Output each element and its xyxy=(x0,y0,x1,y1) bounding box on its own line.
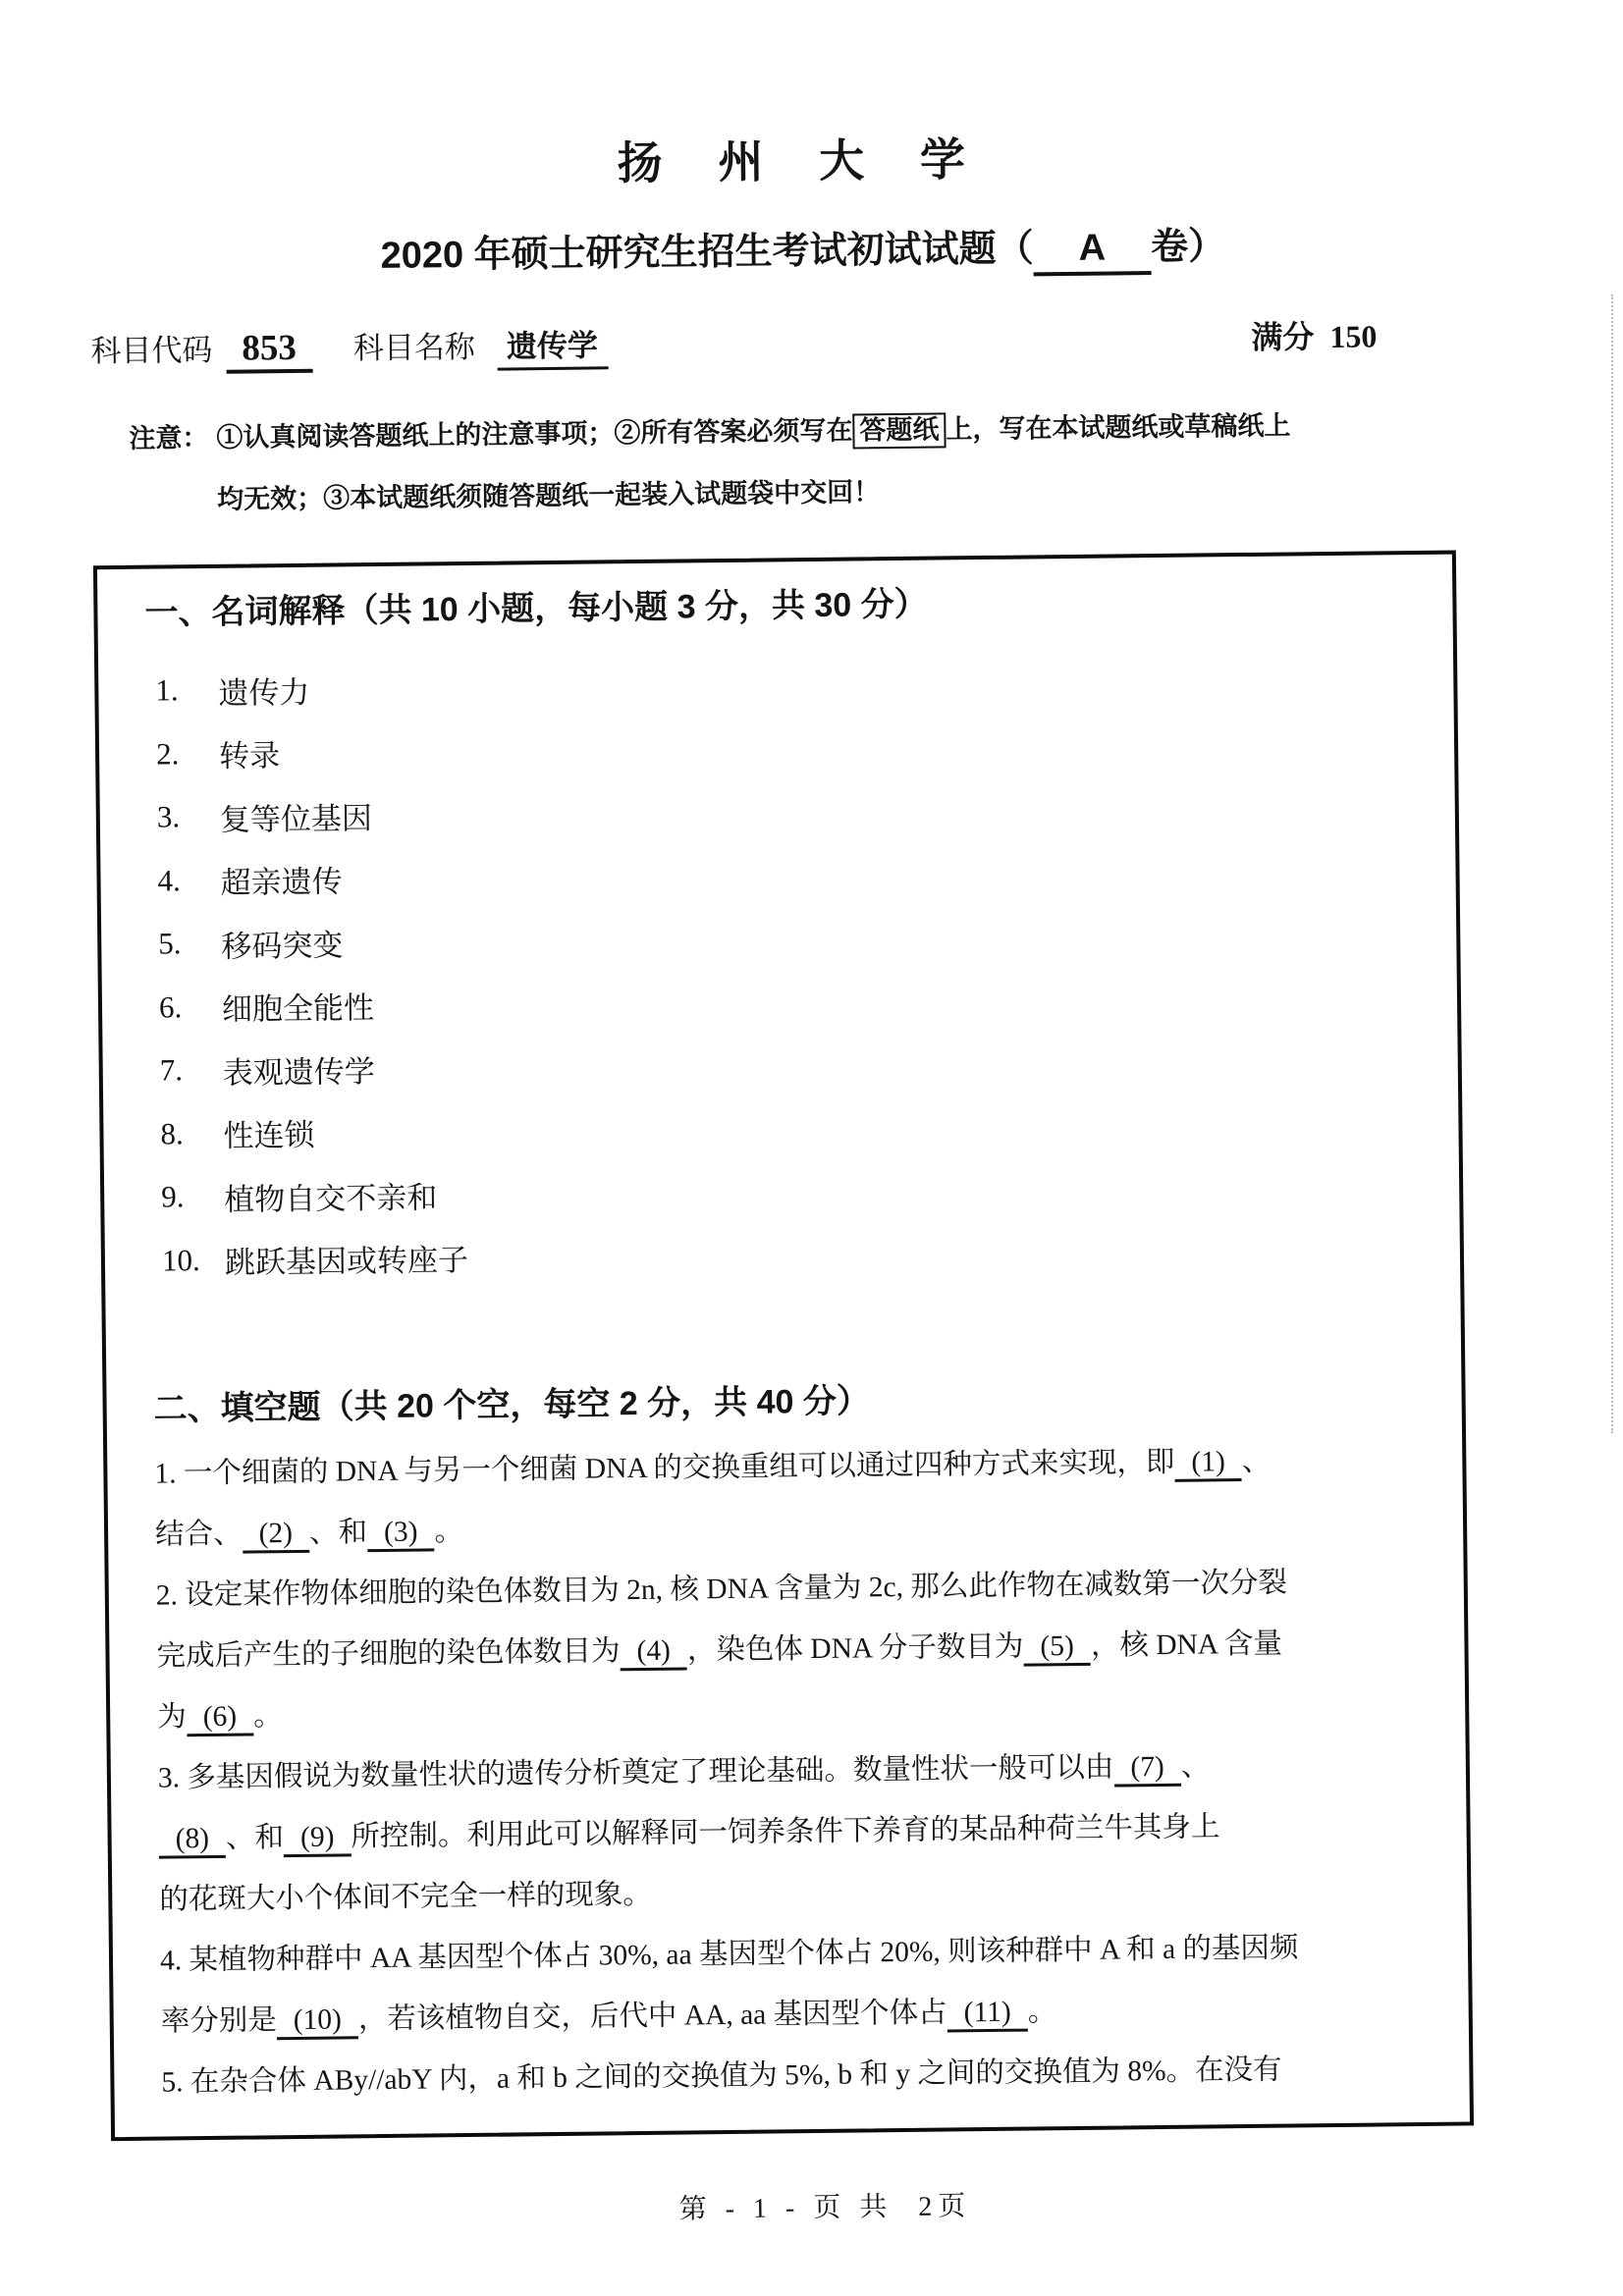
section2-title: 二、填空题（共 20 个空，每空 2 分，共 40 分） xyxy=(153,1372,1422,1432)
subject-code-value: 853 xyxy=(226,327,312,374)
fill-question-5: 5. 在杂合体 ABy//abY 内，a 和 b 之间的交换值为 5%, b 和… xyxy=(161,2038,1431,2113)
term-list: 1.遗传力 2.转录 3.复等位基因 4.超亲遗传 5.移码突变 6.细胞全能性… xyxy=(145,645,1421,1293)
exam-paper-page: 扬 州 大 学 2020 年硕士研究生招生考试初试试题（A卷） 科目代码 853… xyxy=(0,0,1623,2296)
fill-blank: (5) xyxy=(1023,1630,1091,1667)
fill-blank: (3) xyxy=(367,1516,435,1552)
fill-question-3: 3. 多基因假说为数量性状的遗传分析奠定了理论基础。数量性状一般可以由(7)、(… xyxy=(158,1734,1429,1931)
notice-label: 注意： xyxy=(129,407,209,532)
term-number: 2. xyxy=(156,736,219,773)
section1-title: 一、名词解释（共 10 小题，每小题 3 分，共 30 分） xyxy=(144,576,1413,636)
exam-title: 2020 年硕士研究生招生考试初试试题（A卷） xyxy=(0,211,1615,289)
term-number: 5. xyxy=(158,926,221,962)
notice-line1-part1: ①认真阅读答题纸上的注意事项；②所有答案必须写在 xyxy=(216,415,852,452)
term-number: 1. xyxy=(155,672,218,709)
term-text: 转录 xyxy=(219,730,281,775)
full-score: 满分 150 xyxy=(1251,311,1378,357)
term-number: 3. xyxy=(157,799,220,835)
question-box: 一、名词解释（共 10 小题，每小题 3 分，共 30 分） 1.遗传力 2.转… xyxy=(93,551,1474,2142)
term-item-10: 10.跳跃基因或转座子 xyxy=(152,1214,1422,1292)
exam-title-suffix: 卷） xyxy=(1151,226,1225,268)
scanned-content: 扬 州 大 学 2020 年硕士研究生招生考试初试试题（A卷） 科目代码 853… xyxy=(0,0,1623,2234)
term-text: 细胞全能性 xyxy=(222,983,375,1029)
term-text: 遗传力 xyxy=(218,667,310,713)
term-number: 7. xyxy=(160,1052,223,1089)
notice-line2: 均无效；③本试题纸须随答题纸一起装入试题袋中交回！ xyxy=(217,477,880,514)
subject-code-label: 科目代码 xyxy=(90,325,213,370)
subject-name-value: 遗传学 xyxy=(497,320,609,370)
boxed-answer-sheet-term: 答题纸 xyxy=(852,412,946,449)
term-text: 复等位基因 xyxy=(220,793,373,839)
fill-blank: (9) xyxy=(284,1821,352,1857)
term-text: 表观遗传学 xyxy=(222,1046,375,1093)
term-number: 4. xyxy=(157,863,220,899)
university-title: 扬 州 大 学 xyxy=(0,0,1614,199)
term-number: 8. xyxy=(160,1116,223,1152)
fill-blank: (1) xyxy=(1174,1446,1242,1482)
notice-line1-part2: 上，写在本试题纸或草稿纸上 xyxy=(946,410,1290,444)
fill-question-4: 4. 某植物种群中 AA 基因型个体占 30%, aa 基因型个体占 20%, … xyxy=(160,1916,1430,2053)
fill-blank: (6) xyxy=(187,1700,254,1736)
term-text: 跳跃基因或转座子 xyxy=(225,1235,468,1282)
subject-info-row: 科目代码 853 科目名称 遗传学 满分 150 xyxy=(90,311,1377,375)
term-number: 9. xyxy=(161,1179,224,1215)
term-text: 性连锁 xyxy=(223,1110,315,1155)
fill-blank: (4) xyxy=(620,1634,687,1671)
scan-artifact-line xyxy=(1611,294,1613,1433)
fill-blank: (2) xyxy=(242,1518,309,1554)
term-number: 6. xyxy=(159,989,222,1026)
fill-blank: (7) xyxy=(1113,1751,1181,1788)
fill-question-1: 1. 一个细菌的 DNA 与另一个细菌 DNA 的交换重组可以通过四种方式来实现… xyxy=(154,1429,1424,1566)
term-text: 移码突变 xyxy=(221,920,344,965)
notice-body: ①认真阅读答题纸上的注意事项；②所有答案必须写在答题纸上，写在本试题纸或草稿纸上… xyxy=(216,395,1291,530)
term-number: 10. xyxy=(162,1243,225,1279)
page-footer: 第 - 1 - 页 共 2页 xyxy=(14,2177,1623,2235)
fill-question-2: 2. 设定某作物体细胞的染色体数目为 2n, 核 DNA 含量为 2c, 那么此… xyxy=(155,1551,1426,1748)
subject-name-label: 科目名称 xyxy=(353,322,476,367)
fill-blank: (8) xyxy=(158,1823,226,1859)
term-text: 植物自交不亲和 xyxy=(224,1172,437,1218)
paper-letter-blank: A xyxy=(1033,227,1151,276)
fill-blank: (11) xyxy=(947,1997,1027,2033)
exam-title-prefix: 2020 年硕士研究生招生考试初试试题（ xyxy=(380,228,1034,277)
fill-blank: (10) xyxy=(277,2003,359,2040)
notice-block: 注意： ①认真阅读答题纸上的注意事项；②所有答案必须写在答题纸上，写在本试题纸或… xyxy=(129,393,1504,532)
term-text: 超亲遗传 xyxy=(220,857,343,902)
